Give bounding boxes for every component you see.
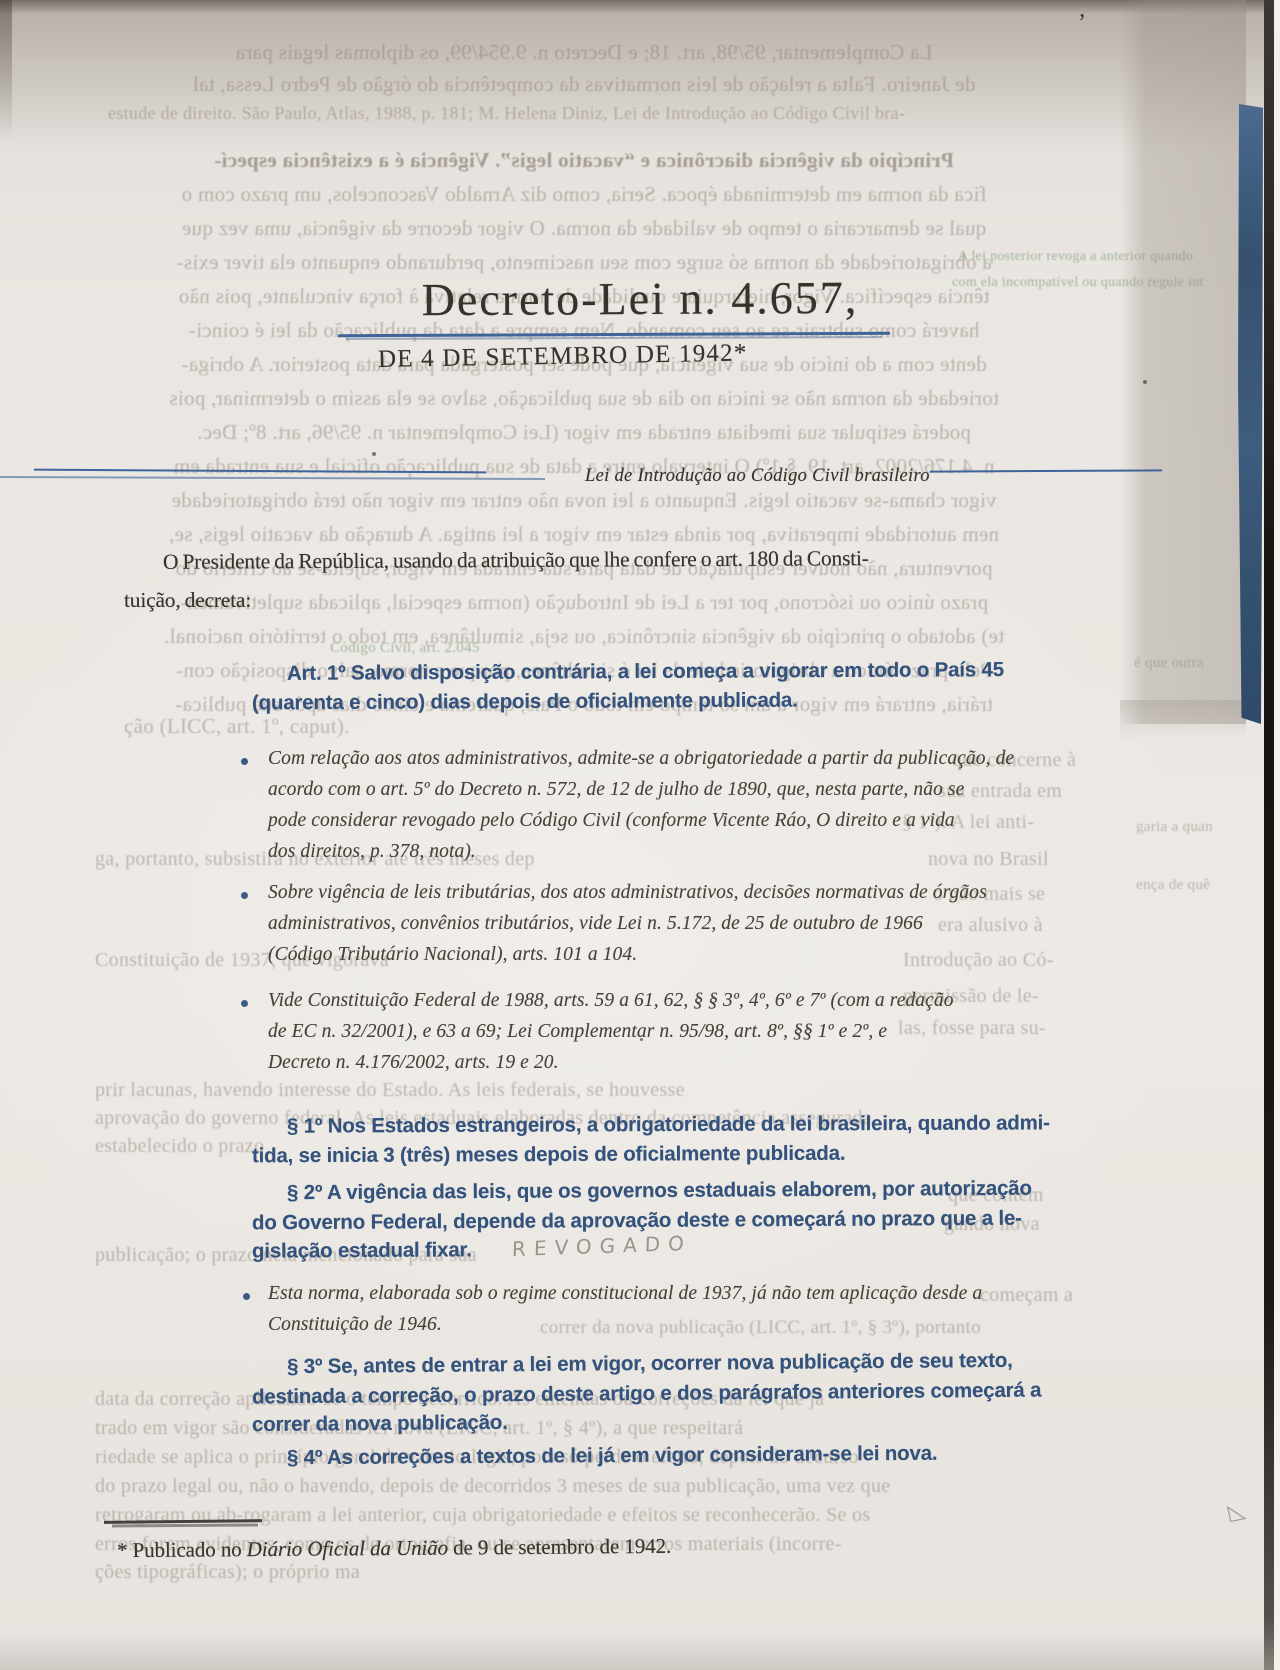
footnote-prefix: * Publicado no [117,1537,247,1562]
annotation-note-line: Sobre vigência de leis tributárias, dos … [268,882,987,904]
annotation-note-line: Constituição de 1946. [268,1314,442,1336]
scan-speck [640,1038,643,1041]
annotation-note-line: pode considerar revogado pelo Código Civ… [268,810,955,832]
annotation-note-line: acordo com o art. 5º do Decreto n. 572, … [268,779,964,801]
bullet-icon [241,892,248,899]
annotation-note-line: dos direitos, p. 378, nota). [268,841,476,863]
preamble-line: O Presidente da República, usando da atr… [163,546,869,575]
page-edge-light [1274,0,1280,1670]
stray-quote-mark: ’ [1078,10,1086,37]
tagline-rule-right [930,469,1162,472]
footnote-journal-name: Diário Oficial da União [247,1536,448,1562]
handwritten-revogado-note: REVOGADO [512,1231,693,1261]
footnote-rule-stroke2 [112,1523,258,1527]
scan-speck [1143,380,1147,384]
preamble-line: tuição, decreta: [124,588,251,613]
tagline-rule-left [34,469,486,474]
article-1-line: (quarenta e cinco) dias depois de oficia… [252,689,798,716]
annotation-note-line: Decreto n. 4.176/2002, arts. 19 e 20. [268,1052,559,1074]
page-edge-dark [1264,0,1274,1670]
document-date-line: DE 4 DE SETEMBRO DE 1942* [378,340,748,374]
annotation-note-line: administrativos, convênios tributários, … [268,913,923,935]
paragraph-2-line: § 2º A vigência das leis, que os governo… [287,1177,1032,1206]
annotation-note-line: (Código Tributário Nacional), arts. 101 … [268,944,637,966]
paragraph-3-line: destinada a correção, o prazo deste arti… [252,1379,1041,1410]
scanned-page: La Complementar, 95/98, art. 18; e Decre… [0,0,1280,1670]
bullet-icon [241,758,248,765]
annotation-note-line: Com relação aos atos administrativos, ad… [268,748,1014,770]
bullet-icon [241,1000,248,1007]
bullet-icon [243,1293,250,1300]
annotation-note-line: de EC n. 32/2001), e 63 a 69; Lei Comple… [268,1021,887,1043]
document-tagline: Lei de Introdução ao Código Civil brasil… [585,466,930,487]
tagline-rule-left2 [0,476,545,480]
paragraph-1-line: § 1º Nos Estados estrangeiros, a obrigat… [287,1111,1050,1138]
paragraph-2-line: do Governo Federal, depende da aprovação… [252,1207,1022,1236]
article-1-line: Art. 1º Salvo disposição contrária, a le… [287,658,1004,686]
scan-speck [372,452,376,456]
paragraph-2-line: gislação estadual fixar. [252,1238,472,1263]
paragraph-1-line: tida, se inicia 3 (três) meses depois de… [252,1142,845,1169]
document-body: Decreto-Lei n. 4.657, DE 4 DE SETEMBRO D… [0,0,1280,1670]
paragraph-3-line: correr da nova publicação. [252,1411,508,1437]
paragraph-4-line: § 4º As correções a textos de lei já em … [287,1442,938,1471]
paragraph-3-line: § 3º Se, antes de entrar a lei em vigor,… [287,1349,1013,1379]
annotation-note-line: Esta norma, elaborada sob o regime const… [268,1283,982,1305]
annotation-note-line: Vide Constituição Federal de 1988, arts.… [268,990,954,1012]
footnote-suffix: de 9 de setembro de 1942. [448,1534,671,1560]
footnote: * Publicado no Diário Oficial da União d… [117,1534,671,1563]
pencil-flourish-mark: ◺ [1225,1497,1247,1526]
document-title: Decreto-Lei n. 4.657, [0,269,1280,329]
bookmark-strip [1238,104,1263,724]
